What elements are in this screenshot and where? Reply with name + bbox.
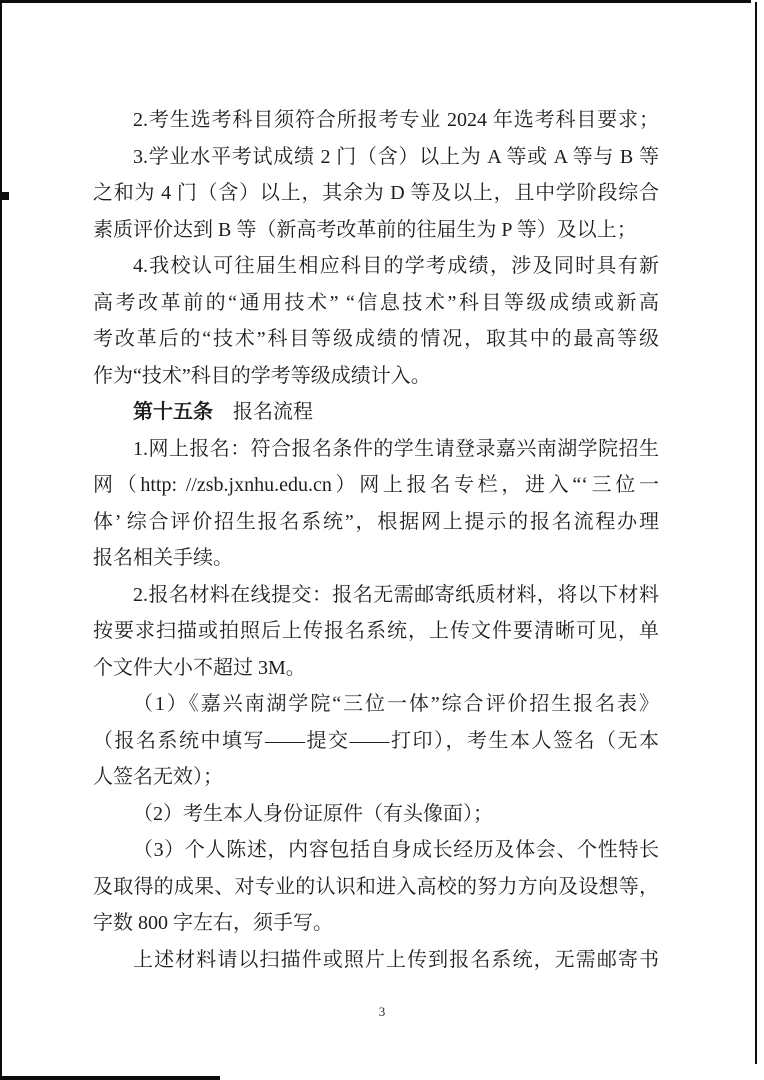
text-line: 高考改革前的“通用技术” “信息技术”科目等级成绩或新高: [93, 285, 659, 322]
text-line: 按要求扫描或拍照后上传报名系统，上传文件要清晰可见，单: [93, 613, 659, 650]
scan-edge-right: [755, 2, 757, 1064]
page-number: 3: [0, 1004, 764, 1020]
text-line: （1）《嘉兴南湖学院“三位一体”综合评价招生报名表》: [93, 686, 659, 723]
text-line: 及取得的成果、对专业的认识和进入高校的努力方向及设想等，: [93, 869, 659, 906]
scan-edge-top: [0, 0, 751, 3]
text-line: 上述材料请以扫描件或照片上传到报名系统，无需邮寄书: [93, 942, 659, 979]
text-line: 考改革后的“技术”科目等级成绩的情况，取其中的最高等级: [93, 321, 659, 358]
text-line: 体’ 综合评价招生报名系统”，根据网上提示的报名流程办理: [93, 504, 659, 541]
text-line: 素质评价达到 B 等（新高考改革前的往届生为 P 等）及以上；: [93, 212, 659, 249]
section-heading: 第十五条报名流程: [93, 394, 659, 431]
scan-edge-left: [0, 0, 2, 1080]
document-page: 2.考生选考科目须符合所报考专业 2024 年选考科目要求； 3.学业水平考试成…: [93, 102, 659, 978]
text-line: 之和为 4 门（含）以上，其余为 D 等及以上，且中学阶段综合: [93, 175, 659, 212]
text-line: 1.网上报名：符合报名条件的学生请登录嘉兴南湖学院招生: [93, 431, 659, 468]
text-line: 2.考生选考科目须符合所报考专业 2024 年选考科目要求；: [93, 102, 659, 139]
text-line: （2）考生本人身份证原件（有头像面）；: [93, 796, 659, 833]
text-line: （报名系统中填写——提交——打印），考生本人签名（无本: [93, 723, 659, 760]
section-heading-number: 第十五条: [133, 401, 213, 423]
text-line: 4.我校认可往届生相应科目的学考成绩，涉及同时具有新: [93, 248, 659, 285]
text-line: 网（http: //zsb.jxnhu.edu.cn）网上报名专栏，进入“‘三位…: [93, 467, 659, 504]
text-line: （3）个人陈述，内容包括自身成长经历及体会、个性特长: [93, 832, 659, 869]
text-line: 个文件大小不超过 3M。: [93, 650, 659, 687]
text-line: 报名相关手续。: [93, 540, 659, 577]
text-line: 作为“技术”科目的学考等级成绩计入。: [93, 358, 659, 395]
text-line: 3.学业水平考试成绩 2 门（含）以上为 A 等或 A 等与 B 等: [93, 139, 659, 176]
text-line: 2.报名材料在线提交：报名无需邮寄纸质材料，将以下材料: [93, 577, 659, 614]
section-heading-title: 报名流程: [233, 401, 313, 423]
text-line: 字数 800 字左右，须手写。: [93, 905, 659, 942]
scan-edge-notch: [0, 192, 9, 200]
text-line: 人签名无效）；: [93, 759, 659, 796]
scan-edge-bottom-left: [0, 1076, 220, 1080]
